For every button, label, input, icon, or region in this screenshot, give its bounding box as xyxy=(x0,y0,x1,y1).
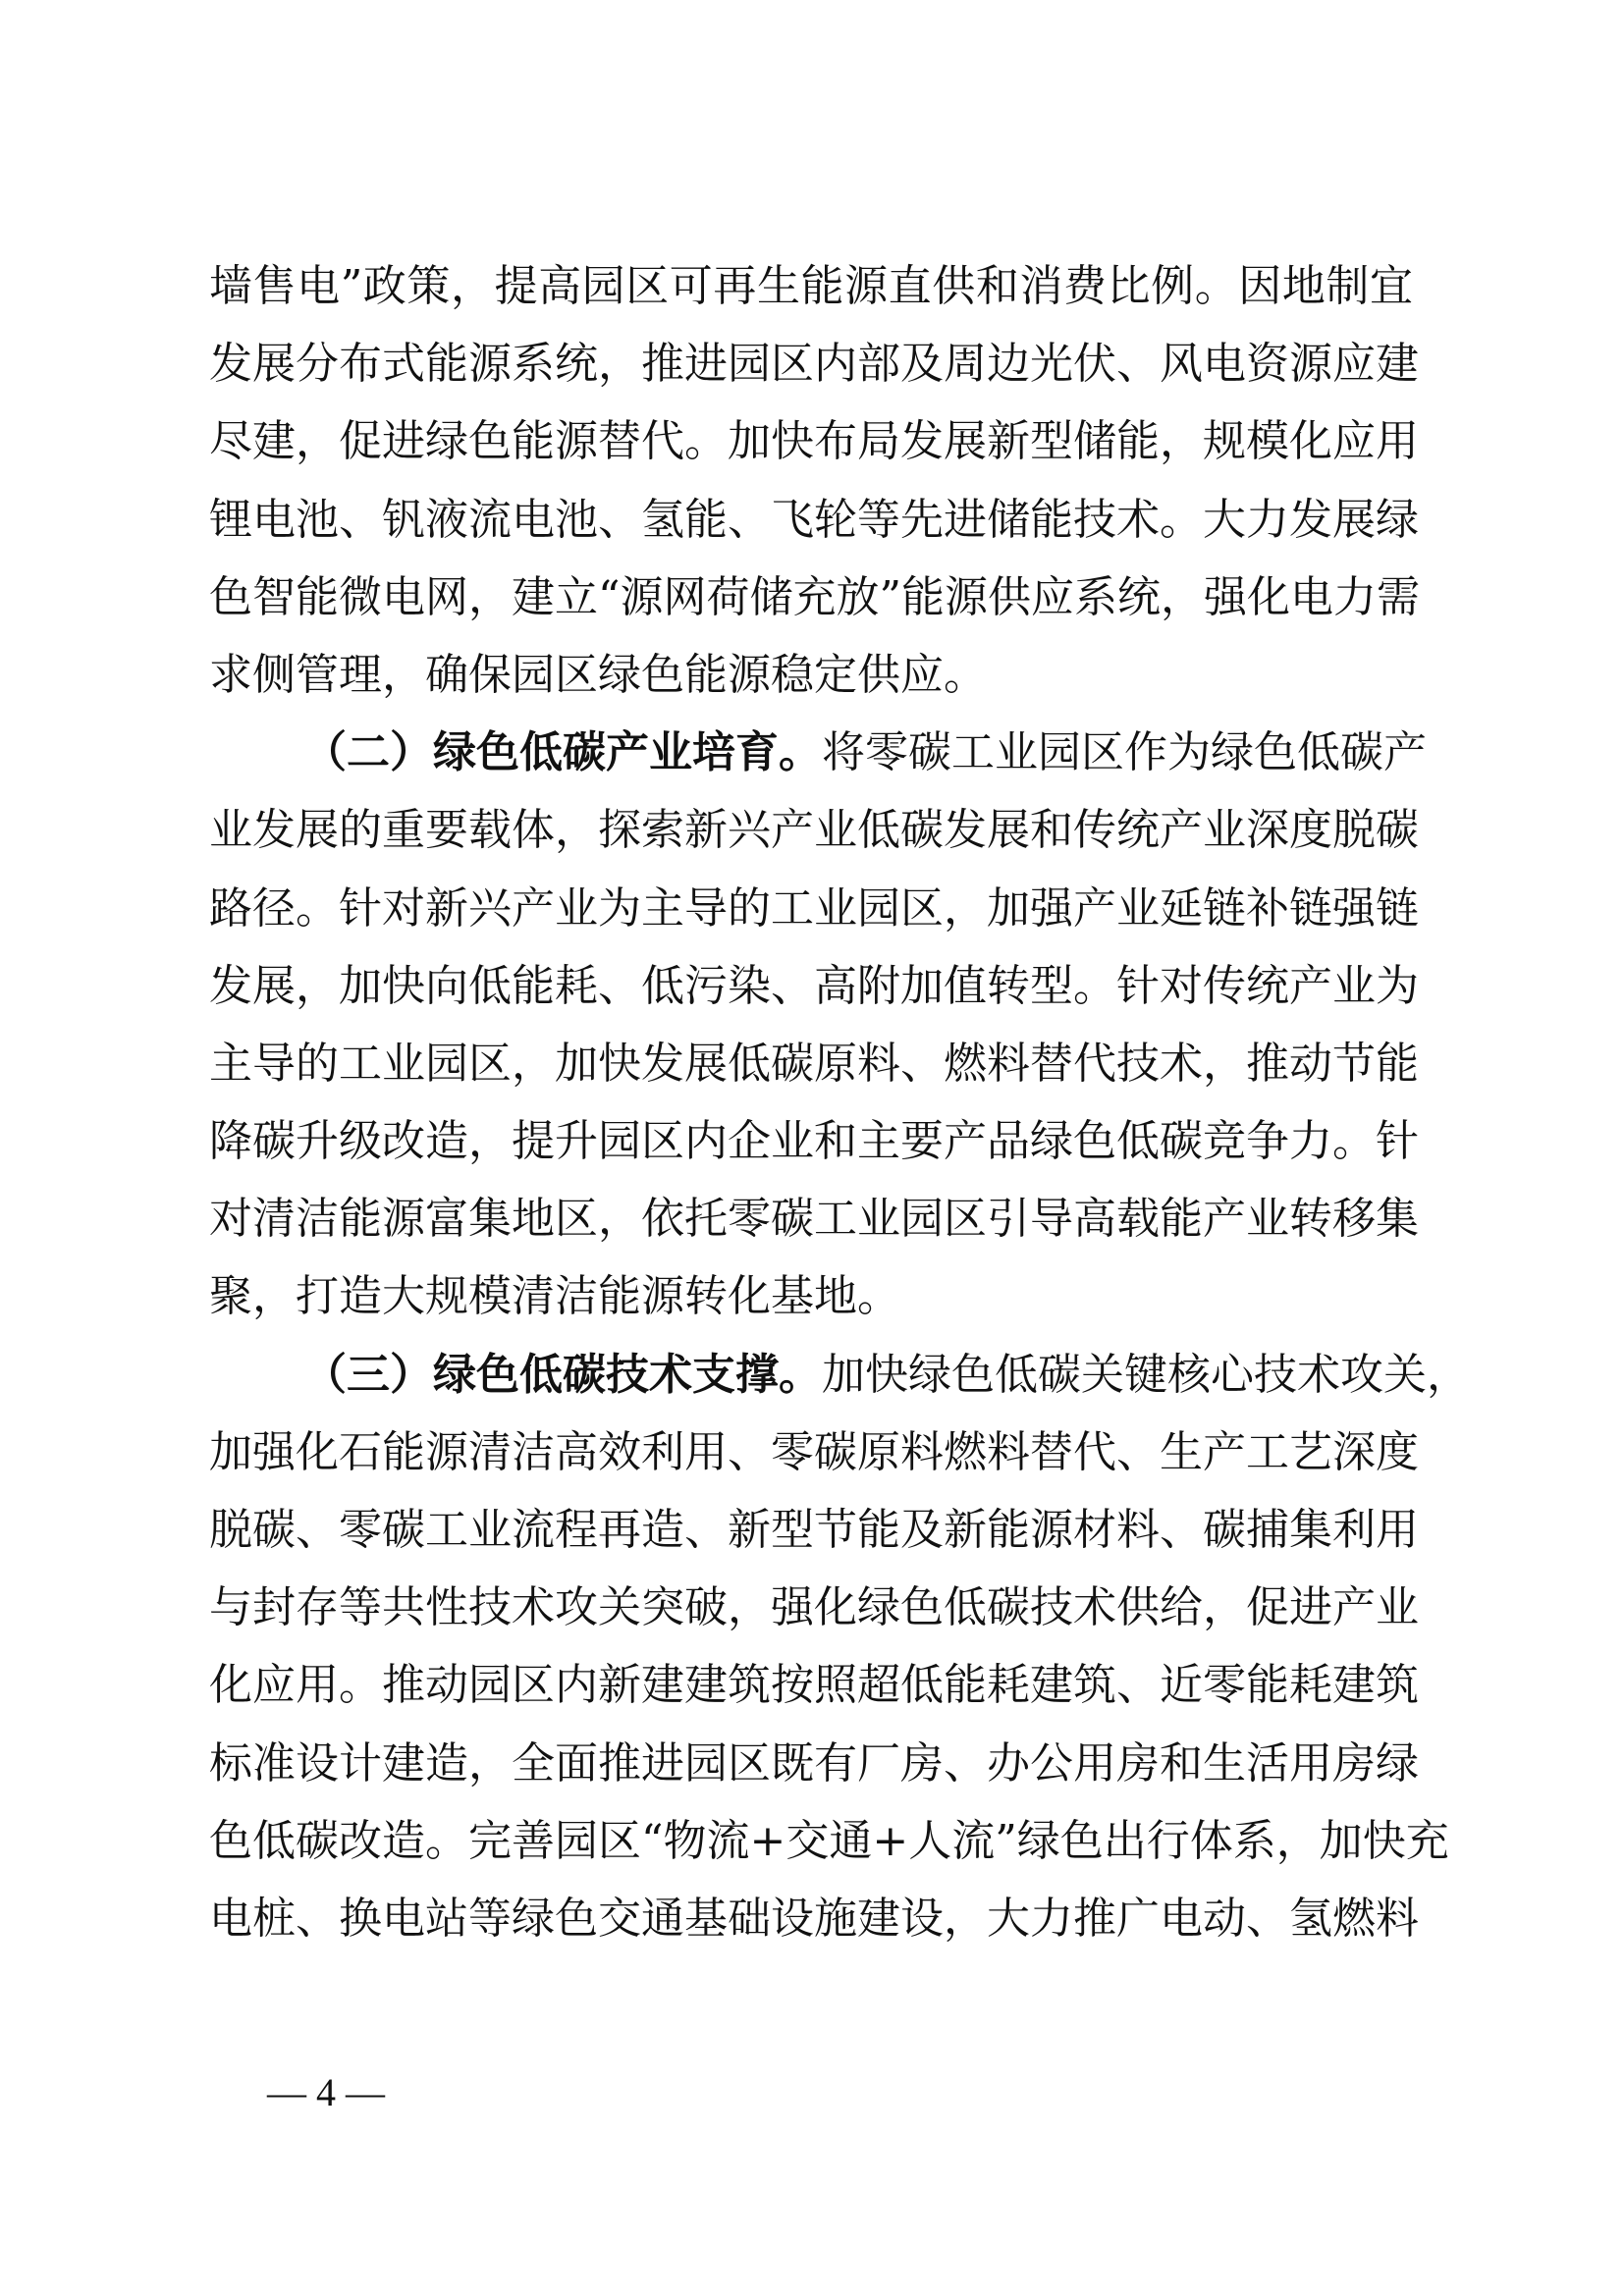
paragraph-line: 色智能微电网，建立“源网荷储充放”能源供应系统，强化电力需 xyxy=(209,559,1413,636)
paragraph-line: 脱碳、零碳工业流程再造、新型节能及新能源材料、碳捕集利用 xyxy=(209,1491,1413,1569)
paragraph-line: 对清洁能源富集地区，依托零碳工业园区引导高载能产业转移集 xyxy=(209,1180,1413,1257)
section-3-first-line: （三）绿色低碳技术支撑。加快绿色低碳关键核心技术攻关， xyxy=(209,1336,1413,1414)
document-page: 墙售电”政策，提高园区可再生能源直供和消费比例。因地制宜 发展分布式能源系统，推… xyxy=(0,0,1624,2296)
paragraph-line: 色低碳改造。完善园区“物流+交通+人流”绿色出行体系，加快充 xyxy=(209,1802,1413,1880)
document-body: 墙售电”政策，提高园区可再生能源直供和消费比例。因地制宜 发展分布式能源系统，推… xyxy=(209,247,1413,1957)
paragraph-line: 发展分布式能源系统，推进园区内部及周边光伏、风电资源应建 xyxy=(209,325,1413,402)
paragraph-line: 加强化石能源清洁高效利用、零碳原料燃料替代、生产工艺深度 xyxy=(209,1414,1413,1491)
paragraph-line: 主导的工业园区，加快发展低碳原料、燃料替代技术，推动节能 xyxy=(209,1025,1413,1102)
paragraph-line: 聚，打造大规模清洁能源转化基地。 xyxy=(209,1257,1413,1335)
paragraph-line: 求侧管理，确保园区绿色能源稳定供应。 xyxy=(209,636,1413,714)
paragraph-line: 与封存等共性技术攻关突破，强化绿色低碳技术供给，促进产业 xyxy=(209,1569,1413,1646)
paragraph-line: 墙售电”政策，提高园区可再生能源直供和消费比例。因地制宜 xyxy=(209,247,1413,325)
section-3-text: 加快绿色低碳关键核心技术攻关， xyxy=(822,1350,1470,1400)
section-3-heading: （三）绿色低碳技术支撑。 xyxy=(303,1350,822,1400)
section-2-text: 将零碳工业园区作为绿色低碳产 xyxy=(822,727,1427,777)
section-2-first-line: （二）绿色低碳产业培育。将零碳工业园区作为绿色低碳产 xyxy=(209,714,1413,791)
page-number: — 4 — xyxy=(267,2069,385,2115)
paragraph-line: 化应用。推动园区内新建建筑按照超低能耗建筑、近零能耗建筑 xyxy=(209,1646,1413,1724)
section-2-heading: （二）绿色低碳产业培育。 xyxy=(303,727,822,777)
paragraph-line: 锂电池、钒液流电池、氢能、飞轮等先进储能技术。大力发展绿 xyxy=(209,481,1413,559)
paragraph-line: 路径。针对新兴产业为主导的工业园区，加强产业延链补链强链 xyxy=(209,870,1413,947)
paragraph-line: 电桩、换电站等绿色交通基础设施建设，大力推广电动、氢燃料 xyxy=(209,1880,1413,1957)
paragraph-line: 降碳升级改造，提升园区内企业和主要产品绿色低碳竞争力。针 xyxy=(209,1102,1413,1180)
paragraph-line: 标准设计建造，全面推进园区既有厂房、办公用房和生活用房绿 xyxy=(209,1725,1413,1802)
paragraph-line: 尽建，促进绿色能源替代。加快布局发展新型储能，规模化应用 xyxy=(209,402,1413,480)
paragraph-line: 业发展的重要载体，探索新兴产业低碳发展和传统产业深度脱碳 xyxy=(209,791,1413,869)
paragraph-line: 发展，加快向低能耗、低污染、高附加值转型。针对传统产业为 xyxy=(209,947,1413,1025)
